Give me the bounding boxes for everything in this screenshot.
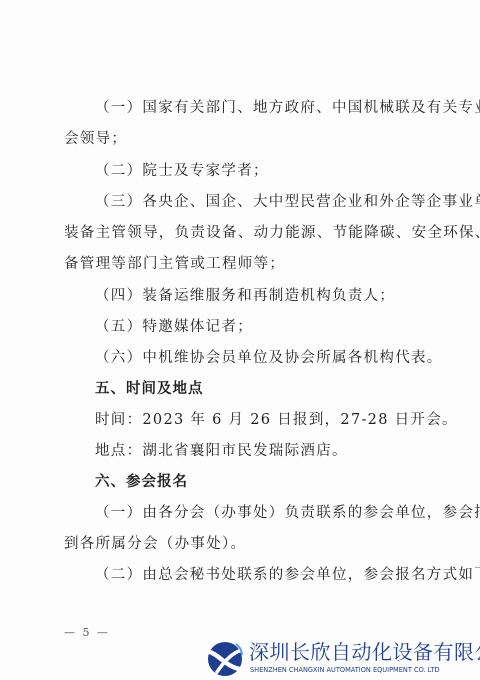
company-name-en: SHENZHEN CHANGXIN AUTOMATION EQUIPMENT C… <box>250 666 440 675</box>
company-name-cn: 深圳长欣自动化设备有限公司 <box>249 639 480 665</box>
registration-item-1-cont: 到各所属分会（办事处）。 <box>64 534 424 554</box>
attendee-item-6: （六）中机维协会员单位及协会所属各机构代表。 <box>95 348 455 368</box>
attendee-item-4: （四）装备运维服务和再制造机构负责人； <box>95 286 455 306</box>
attendee-item-5: （五）特邀媒体记者； <box>95 317 455 337</box>
attendee-item-1: （一）国家有关部门、地方政府、中国机械联及有关专业协 <box>95 98 455 118</box>
section-heading-registration: 六、参会报名 <box>95 472 455 492</box>
registration-item-2: （二）由总会秘书处联系的参会单位，参会报名方式如下： <box>95 565 455 585</box>
meeting-place: 地点：湖北省襄阳市民发瑞际酒店。 <box>95 441 455 461</box>
company-logo-icon <box>207 641 243 677</box>
section-heading-time-place: 五、时间及地点 <box>95 379 455 399</box>
attendee-item-3: （三）各央企、国企、大中型民营企业和外企等企事业单位 <box>95 192 455 212</box>
attendee-item-2: （二）院士及专家学者； <box>95 161 455 181</box>
document-page: （一）国家有关部门、地方政府、中国机械联及有关专业协 会领导； （二）院士及专家… <box>0 0 480 680</box>
registration-item-1: （一）由各分会（办事处）负责联系的参会单位，参会报名 <box>95 503 455 523</box>
attendee-item-3-cont1: 装备主管领导，负责设备、动力能源、节能降碳、安全环保、设 <box>64 223 424 243</box>
attendee-item-1-cont: 会领导； <box>64 129 424 149</box>
company-watermark: 深圳长欣自动化设备有限公司 SHENZHEN CHANGXIN AUTOMATI… <box>205 639 480 680</box>
attendee-item-3-cont2: 备管理等部门主管或工程师等； <box>64 254 424 274</box>
page-number: — 5 — <box>64 626 110 639</box>
meeting-time: 时间：2023 年 6 月 26 日报到，27-28 日开会。 <box>95 410 455 430</box>
